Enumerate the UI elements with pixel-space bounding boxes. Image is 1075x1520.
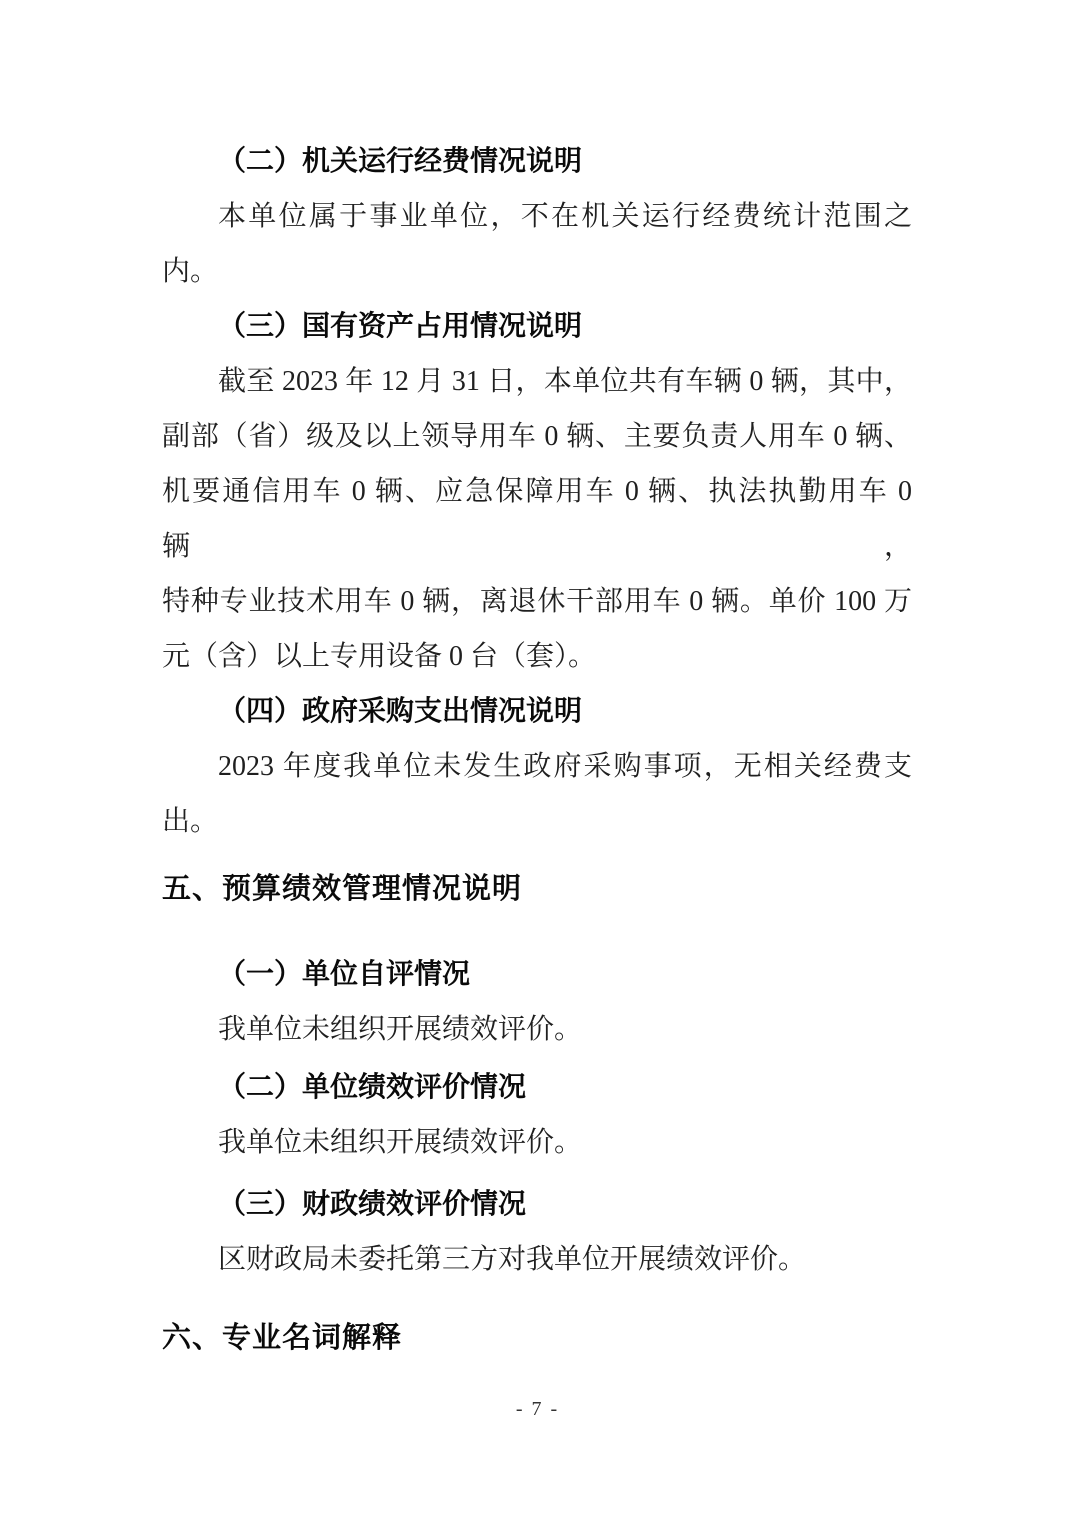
subsection-heading-unit-performance-evaluation: （二）单位绩效评价情况: [162, 1060, 912, 1115]
section-heading-state-assets: （三）国有资产占用情况说明: [162, 299, 912, 354]
paragraph-line: 内。: [162, 244, 912, 299]
paragraph-line: 副部（省）级及以上领导用车 0 辆、主要负责人用车 0 辆、: [162, 409, 912, 464]
page-number: - 7 -: [0, 1398, 1075, 1421]
subsection-heading-self-evaluation: （一）单位自评情况: [162, 947, 912, 1002]
chapter-heading-terminology: 六、专业名词解释: [162, 1311, 912, 1366]
paragraph-line: 我单位未组织开展绩效评价。: [162, 1115, 912, 1170]
section-heading-agency-operating-funds: （二）机关运行经费情况说明: [162, 134, 912, 189]
paragraph-line: 我单位未组织开展绩效评价。: [162, 1002, 912, 1057]
paragraph-line: 出。: [162, 794, 912, 849]
document-page: （二）机关运行经费情况说明 本单位属于事业单位，不在机关运行经费统计范围之 内。…: [0, 0, 1075, 1520]
paragraph-line: 特种专业技术用车 0 辆，离退休干部用车 0 辆。单价 100 万: [162, 574, 912, 629]
paragraph-line: 2023 年度我单位未发生政府采购事项，无相关经费支: [162, 739, 912, 794]
paragraph-line: 元（含）以上专用设备 0 台（套）。: [162, 629, 912, 684]
subsection-heading-fiscal-performance-evaluation: （三）财政绩效评价情况: [162, 1177, 912, 1232]
paragraph-line: 本单位属于事业单位，不在机关运行经费统计范围之: [162, 189, 912, 244]
document-body: （二）机关运行经费情况说明 本单位属于事业单位，不在机关运行经费统计范围之 内。…: [162, 134, 912, 1366]
paragraph-line: 截至 2023 年 12 月 31 日，本单位共有车辆 0 辆，其中，: [162, 354, 912, 409]
section-heading-government-procurement: （四）政府采购支出情况说明: [162, 684, 912, 739]
paragraph-line: 区财政局未委托第三方对我单位开展绩效评价。: [162, 1232, 912, 1287]
paragraph-line: 机要通信用车 0 辆、应急保障用车 0 辆、执法执勤用车 0 辆，: [162, 464, 912, 574]
chapter-heading-performance-management: 五、预算绩效管理情况说明: [162, 862, 912, 917]
